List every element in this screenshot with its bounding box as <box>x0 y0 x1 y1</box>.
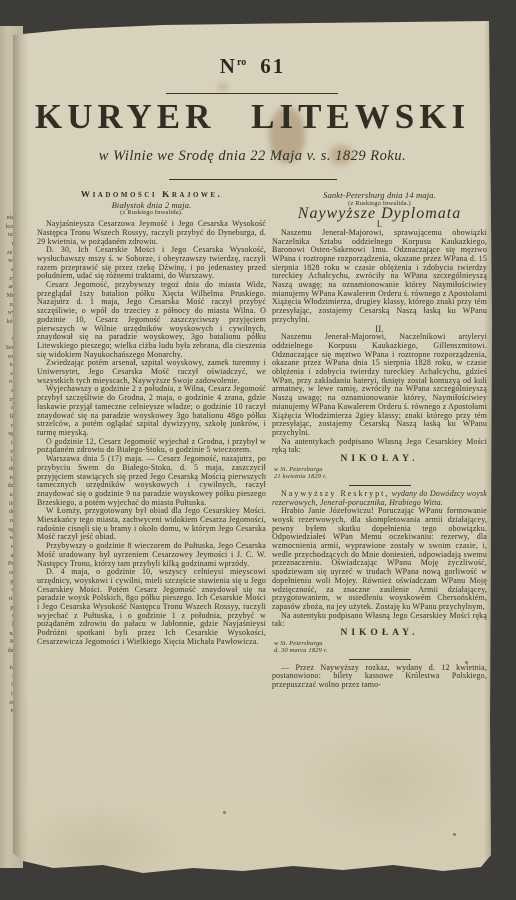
article-paragraph: Warszawa dnia 5 (17) maja. — Cesarz Jego… <box>37 455 266 507</box>
source-note: (z Ruskiego Inwalida). <box>37 209 266 218</box>
place-date-note: w St. Petersburgu d. 30 marca 1829 r. <box>274 640 487 655</box>
issue-superscript: ro <box>237 57 246 68</box>
masthead-rule-top <box>166 93 338 94</box>
authentication-note: Na autentyku podpisano Własną Jego Cesar… <box>272 612 487 629</box>
notice-paragraph: — Przez Naywyższy rozkaz, wydany d. 12 k… <box>272 664 487 690</box>
diploma-text: Naszemu Jenerał-Majorowi, sprawującemu o… <box>272 229 487 325</box>
section-title: Naywyższe Dyplomata <box>272 210 487 219</box>
article-paragraph: W Łomży, przygotowany był obiad dla Jego… <box>37 507 266 542</box>
article-dateline: Sankt-Petersburg dnia 14 maja. <box>272 191 487 200</box>
article-paragraph: D. 30, Ich Cesarskie Mości i Jego Cesars… <box>37 246 266 281</box>
article-paragraph: Przybywszy o godzinie 8 wieczorem do Puł… <box>37 542 266 568</box>
scanned-newspaper-photo: niey kose tus- ró zelu we- al. zy- any M… <box>0 0 516 900</box>
section-heading: Wiadomości Krajowe. <box>37 191 266 200</box>
masthead-dateline: w Wilnie we Srodę dnia 22 Maja v. s. 182… <box>13 148 492 165</box>
article-dateline: Białystok dnia 2 maja. <box>37 201 266 210</box>
right-column: Sankt-Petersburg dnia 14 maja. (z Ruskie… <box>272 191 487 809</box>
rescript-heading: Naywyższy Reskrypt, wydany do Dowódzcy w… <box>272 490 487 507</box>
article-paragraph: Nayjaśnieysza Cesarzowa Jeymość i Jego C… <box>37 220 266 246</box>
place-date-note: w St. Petersburgu 21 kwietnia 1829 r. <box>274 466 487 481</box>
issue-number: Nro61 <box>13 54 492 79</box>
imperial-signature: NIKOŁAY. <box>272 455 487 464</box>
separator-rule <box>349 659 411 660</box>
issue-value: 61 <box>260 54 285 78</box>
issue-prefix: N <box>220 54 237 78</box>
paper-stain <box>218 83 228 91</box>
article-paragraph: Cesarz Jegomość, przybywszy tegoż dnia d… <box>37 281 266 359</box>
masthead-rule-bottom <box>169 179 337 180</box>
paper-speck <box>453 833 456 836</box>
imperial-signature: NIKOŁAY. <box>272 629 487 638</box>
newspaper-page: Nro61 KURYER LITEWSKI w Wilnie we Srodę … <box>13 21 492 883</box>
paper-speck <box>223 811 226 814</box>
article-paragraph: Wyjechawszy o godzinie 2 z południa, z W… <box>37 385 266 437</box>
separator-rule <box>349 485 411 486</box>
rescript-text: Hrabio Janie Józefowiczu! Poruczając WPa… <box>272 507 487 611</box>
article-paragraph: D. 4 maja, o godzinie 10, wszyscy celnie… <box>37 568 266 646</box>
article-paragraph: O godzinie 12, Cesarz Jegomość wyjechał … <box>37 438 266 455</box>
left-column: Wiadomości Krajowe. Białystok dnia 2 maj… <box>37 191 266 809</box>
diploma-text: Naszemu Jenerał-Majorowi, Naczelnikowi a… <box>272 333 487 437</box>
newspaper-title: KURYER LITEWSKI <box>13 97 492 137</box>
article-paragraph: Zwiedzając potém arsenał, szpital woysko… <box>37 359 266 385</box>
authentication-note: Na autentykach podpisano Własną Jego Ces… <box>272 438 487 455</box>
rescript-heading-lead: Naywyższy Reskrypt, <box>281 489 389 498</box>
